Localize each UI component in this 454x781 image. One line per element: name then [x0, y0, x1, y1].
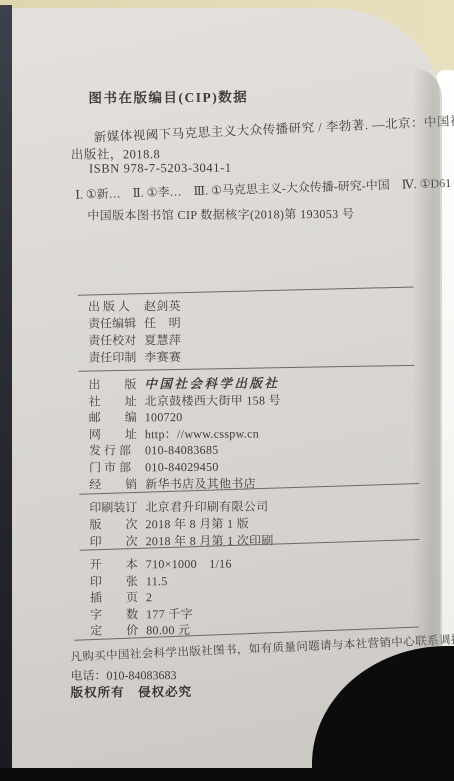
field-label: 发 行 部 — [89, 443, 145, 460]
publisher-row: 门 市 部010-84029450 — [89, 458, 281, 476]
field-value: 710×1000 1/16 — [146, 557, 232, 572]
copyright-statement: 版权所有 侵权必究 — [71, 682, 193, 701]
cip-description-line2: 出版社，2018.8 — [71, 144, 161, 163]
staff-row: 出 版 人赵剑英 — [88, 298, 181, 316]
book-photo: 图书在版编目(CIP)数据 新媒体视阈下马克思主义大众传播研究 / 李勃著. —… — [0, 0, 454, 781]
table-shadow-bottom — [0, 768, 454, 781]
field-label: 门 市 部 — [89, 459, 145, 476]
publisher-row: 邮 编100720 — [89, 408, 281, 426]
cip-record-number: 中国版本图书馆 CIP 数据核字(2018)第 193053 号 — [87, 205, 354, 224]
field-value: 北京鼓楼西大街甲 158 号 — [145, 393, 281, 408]
printed-content: 图书在版编目(CIP)数据 新媒体视阈下马克思主义大众传播研究 / 李勃著. —… — [8, 6, 443, 770]
field-label: 邮 编 — [89, 409, 145, 426]
field-label: 开 本 — [90, 556, 146, 573]
field-label: 出 版 人 — [88, 298, 144, 315]
field-value: 夏慧萍 — [144, 333, 181, 347]
spec-row: 字 数177 千字 — [90, 605, 232, 623]
publisher-row: 网 址http：//www.csspw.cn — [89, 425, 281, 443]
divider-rule — [78, 287, 414, 296]
field-label: 责任印制 — [88, 349, 144, 366]
field-label: 经 销 — [89, 476, 145, 493]
staff-row: 责任校对夏慧萍 — [88, 332, 181, 350]
field-value: http：//www.csspw.cn — [145, 426, 259, 441]
field-label: 字 数 — [90, 606, 146, 623]
field-value: 010-84083685 — [145, 443, 219, 458]
publisher-row: 出 版中国社会科学出版社 — [88, 375, 280, 393]
book-spine-shadow — [0, 5, 12, 781]
field-label: 插 页 — [90, 589, 146, 606]
printing-row: 印刷装订北京君升印刷有限公司 — [89, 498, 273, 516]
field-value: 赵剑英 — [144, 299, 181, 313]
publisher-row: 社 址北京鼓楼西大街甲 158 号 — [89, 392, 281, 410]
publisher-logotype: 中国社会科学出版社 — [144, 376, 279, 391]
field-label: 责任校对 — [88, 332, 144, 349]
field-value: 100720 — [145, 410, 183, 424]
field-value: 2018 年 8 月第 1 版 — [145, 517, 249, 532]
cip-description-line1: 新媒体视阈下马克思主义大众传播研究 / 李勃著. —北京：中国社会科学 — [93, 109, 454, 146]
field-label: 印 张 — [90, 573, 146, 590]
spec-row: 印 张11.5 — [90, 572, 232, 590]
field-label: 版 次 — [89, 516, 145, 533]
format-block: 开 本710×1000 1/16 印 张11.5 插 页2 字 数177 千字 … — [90, 556, 233, 640]
staff-row: 责任编辑任 明 — [88, 315, 181, 333]
staff-row: 责任印制李赛赛 — [88, 349, 181, 367]
cip-heading: 图书在版编目(CIP)数据 — [88, 86, 248, 107]
field-label: 社 址 — [89, 393, 145, 410]
spec-row: 开 本710×1000 1/16 — [90, 556, 232, 574]
isbn-number: ISBN 978-7-5203-3041-1 — [89, 161, 232, 177]
field-label: 印刷装订 — [89, 499, 145, 516]
field-value: 2 — [146, 590, 152, 604]
printing-row: 版 次2018 年 8 月第 1 版 — [89, 515, 273, 533]
spec-row: 插 页2 — [90, 589, 232, 607]
field-value: 010-84029450 — [145, 460, 219, 475]
field-label: 责任编辑 — [88, 315, 144, 332]
service-phone: 电话：010-84083683 — [70, 666, 176, 684]
field-value: 任 明 — [144, 316, 181, 330]
copyright-page: 图书在版编目(CIP)数据 新媒体视阈下马克思主义大众传播研究 / 李勃著. —… — [10, 8, 440, 769]
publisher-row: 发 行 部010-84083685 — [89, 442, 281, 460]
field-value: 北京君升印刷有限公司 — [145, 499, 268, 514]
field-value: 177 千字 — [146, 607, 193, 621]
field-label: 网 址 — [89, 426, 145, 443]
field-label: 出 版 — [88, 376, 144, 393]
field-value: 李赛赛 — [144, 350, 181, 364]
publisher-block: 出 版中国社会科学出版社 社 址北京鼓楼西大街甲 158 号 邮 编100720… — [88, 375, 281, 492]
printing-block: 印刷装订北京君升印刷有限公司 版 次2018 年 8 月第 1 版 印 次201… — [89, 498, 273, 550]
cip-classification: Ⅰ. ①新… Ⅱ. ①李… Ⅲ. ①马克思主义-大众传播-研究-中国 Ⅳ. ①D… — [75, 174, 452, 203]
field-value: 11.5 — [146, 574, 168, 588]
staff-block: 出 版 人赵剑英 责任编辑任 明 责任校对夏慧萍 责任印制李赛赛 — [88, 298, 181, 367]
